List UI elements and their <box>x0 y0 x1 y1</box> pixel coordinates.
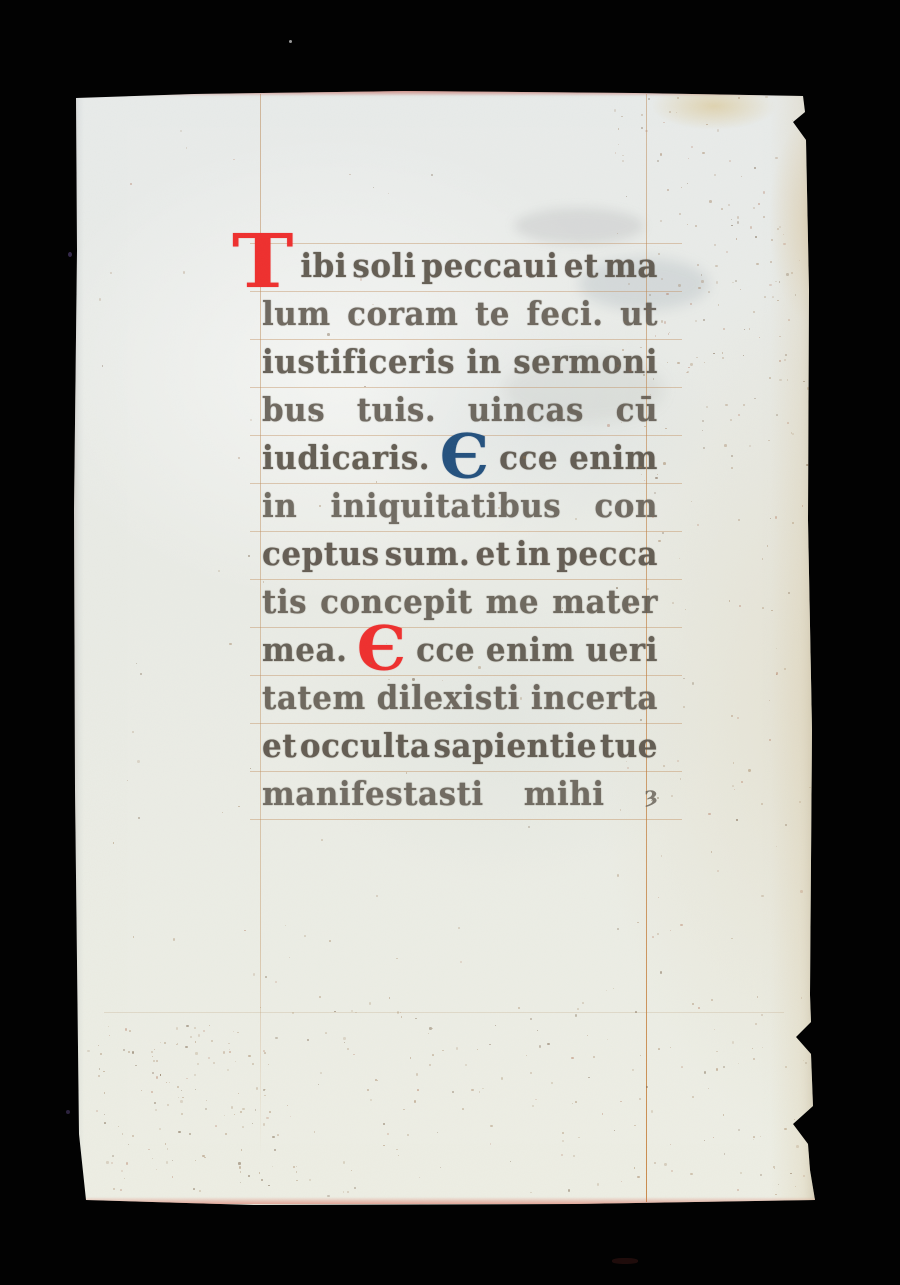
word: mihi <box>524 769 605 820</box>
word: enim <box>486 625 575 676</box>
word: te <box>475 289 510 340</box>
word: ceptus <box>262 529 380 580</box>
text-block: Tibisolipeccauietmalumcoramtefeci.utiust… <box>74 90 816 1206</box>
word: tis <box>262 577 307 628</box>
text-line-8: tisconcepitmemater <box>262 579 658 627</box>
word: dilexisti <box>377 673 520 724</box>
word: in <box>262 481 297 532</box>
word: iniquitatibus <box>330 481 561 532</box>
word: manifestasti <box>262 769 484 820</box>
word: feci. <box>527 289 604 340</box>
text-line-12: manifestastimihiȝ <box>262 771 658 819</box>
word: pecca <box>556 529 658 580</box>
edge-fiber <box>66 1110 70 1114</box>
word: occulta <box>300 721 431 772</box>
text-line-1: Tibisolipeccauietma <box>262 243 658 291</box>
word: et <box>262 721 297 772</box>
word: lum <box>262 289 331 340</box>
word: soli <box>352 241 416 292</box>
word: sapientie <box>433 721 597 772</box>
word: ma <box>604 241 658 292</box>
word: bus <box>262 385 325 436</box>
backdrop-smudge <box>612 1258 638 1264</box>
word: ibi <box>300 241 347 292</box>
word: con <box>594 481 658 532</box>
text-line-11: etoccultasapientietue <box>262 723 658 771</box>
word: me <box>486 577 540 628</box>
text-line-5: iudicaris.Єcceenim <box>262 435 658 483</box>
word: et <box>564 241 599 292</box>
parchment-leaf: Tibisolipeccauietmalumcoramtefeci.utiust… <box>74 90 816 1206</box>
word: ueri <box>586 625 658 676</box>
word: coram <box>347 289 458 340</box>
word: peccaui <box>421 241 558 292</box>
word: cce <box>416 625 475 676</box>
text-line-7: ceptussum.etinpecca <box>262 531 658 579</box>
word: cū <box>616 385 658 436</box>
word: in <box>467 337 502 388</box>
line-filler-mark: ȝ <box>645 771 658 819</box>
word: sermoni <box>513 337 658 388</box>
word: tue <box>600 721 658 772</box>
edge-fiber <box>68 252 72 257</box>
word: et <box>476 529 511 580</box>
text-line-3: iustificerisinsermoni <box>262 339 658 387</box>
dust-speck <box>289 40 292 43</box>
text-line-2: lumcoramtefeci.ut <box>262 291 658 339</box>
word: in <box>516 529 551 580</box>
word: ut <box>620 289 658 340</box>
text-line-9: mea.Єcceenimueri <box>262 627 658 675</box>
text-line-10: tatemdilexistiincerta <box>262 675 658 723</box>
word: cce <box>499 433 558 484</box>
word: mea. <box>262 625 347 676</box>
text-line-6: ininiquitatibuscon <box>262 483 658 531</box>
word: tatem <box>262 673 366 724</box>
word: enim <box>569 433 658 484</box>
word: iustificeris <box>262 337 455 388</box>
word: tuis. <box>357 385 436 436</box>
word: incerta <box>531 673 658 724</box>
word: sum. <box>385 529 471 580</box>
word: mater <box>552 577 658 628</box>
manuscript-photo: Tibisolipeccauietmalumcoramtefeci.utiust… <box>0 0 900 1285</box>
word: iudicaris. <box>262 433 430 484</box>
